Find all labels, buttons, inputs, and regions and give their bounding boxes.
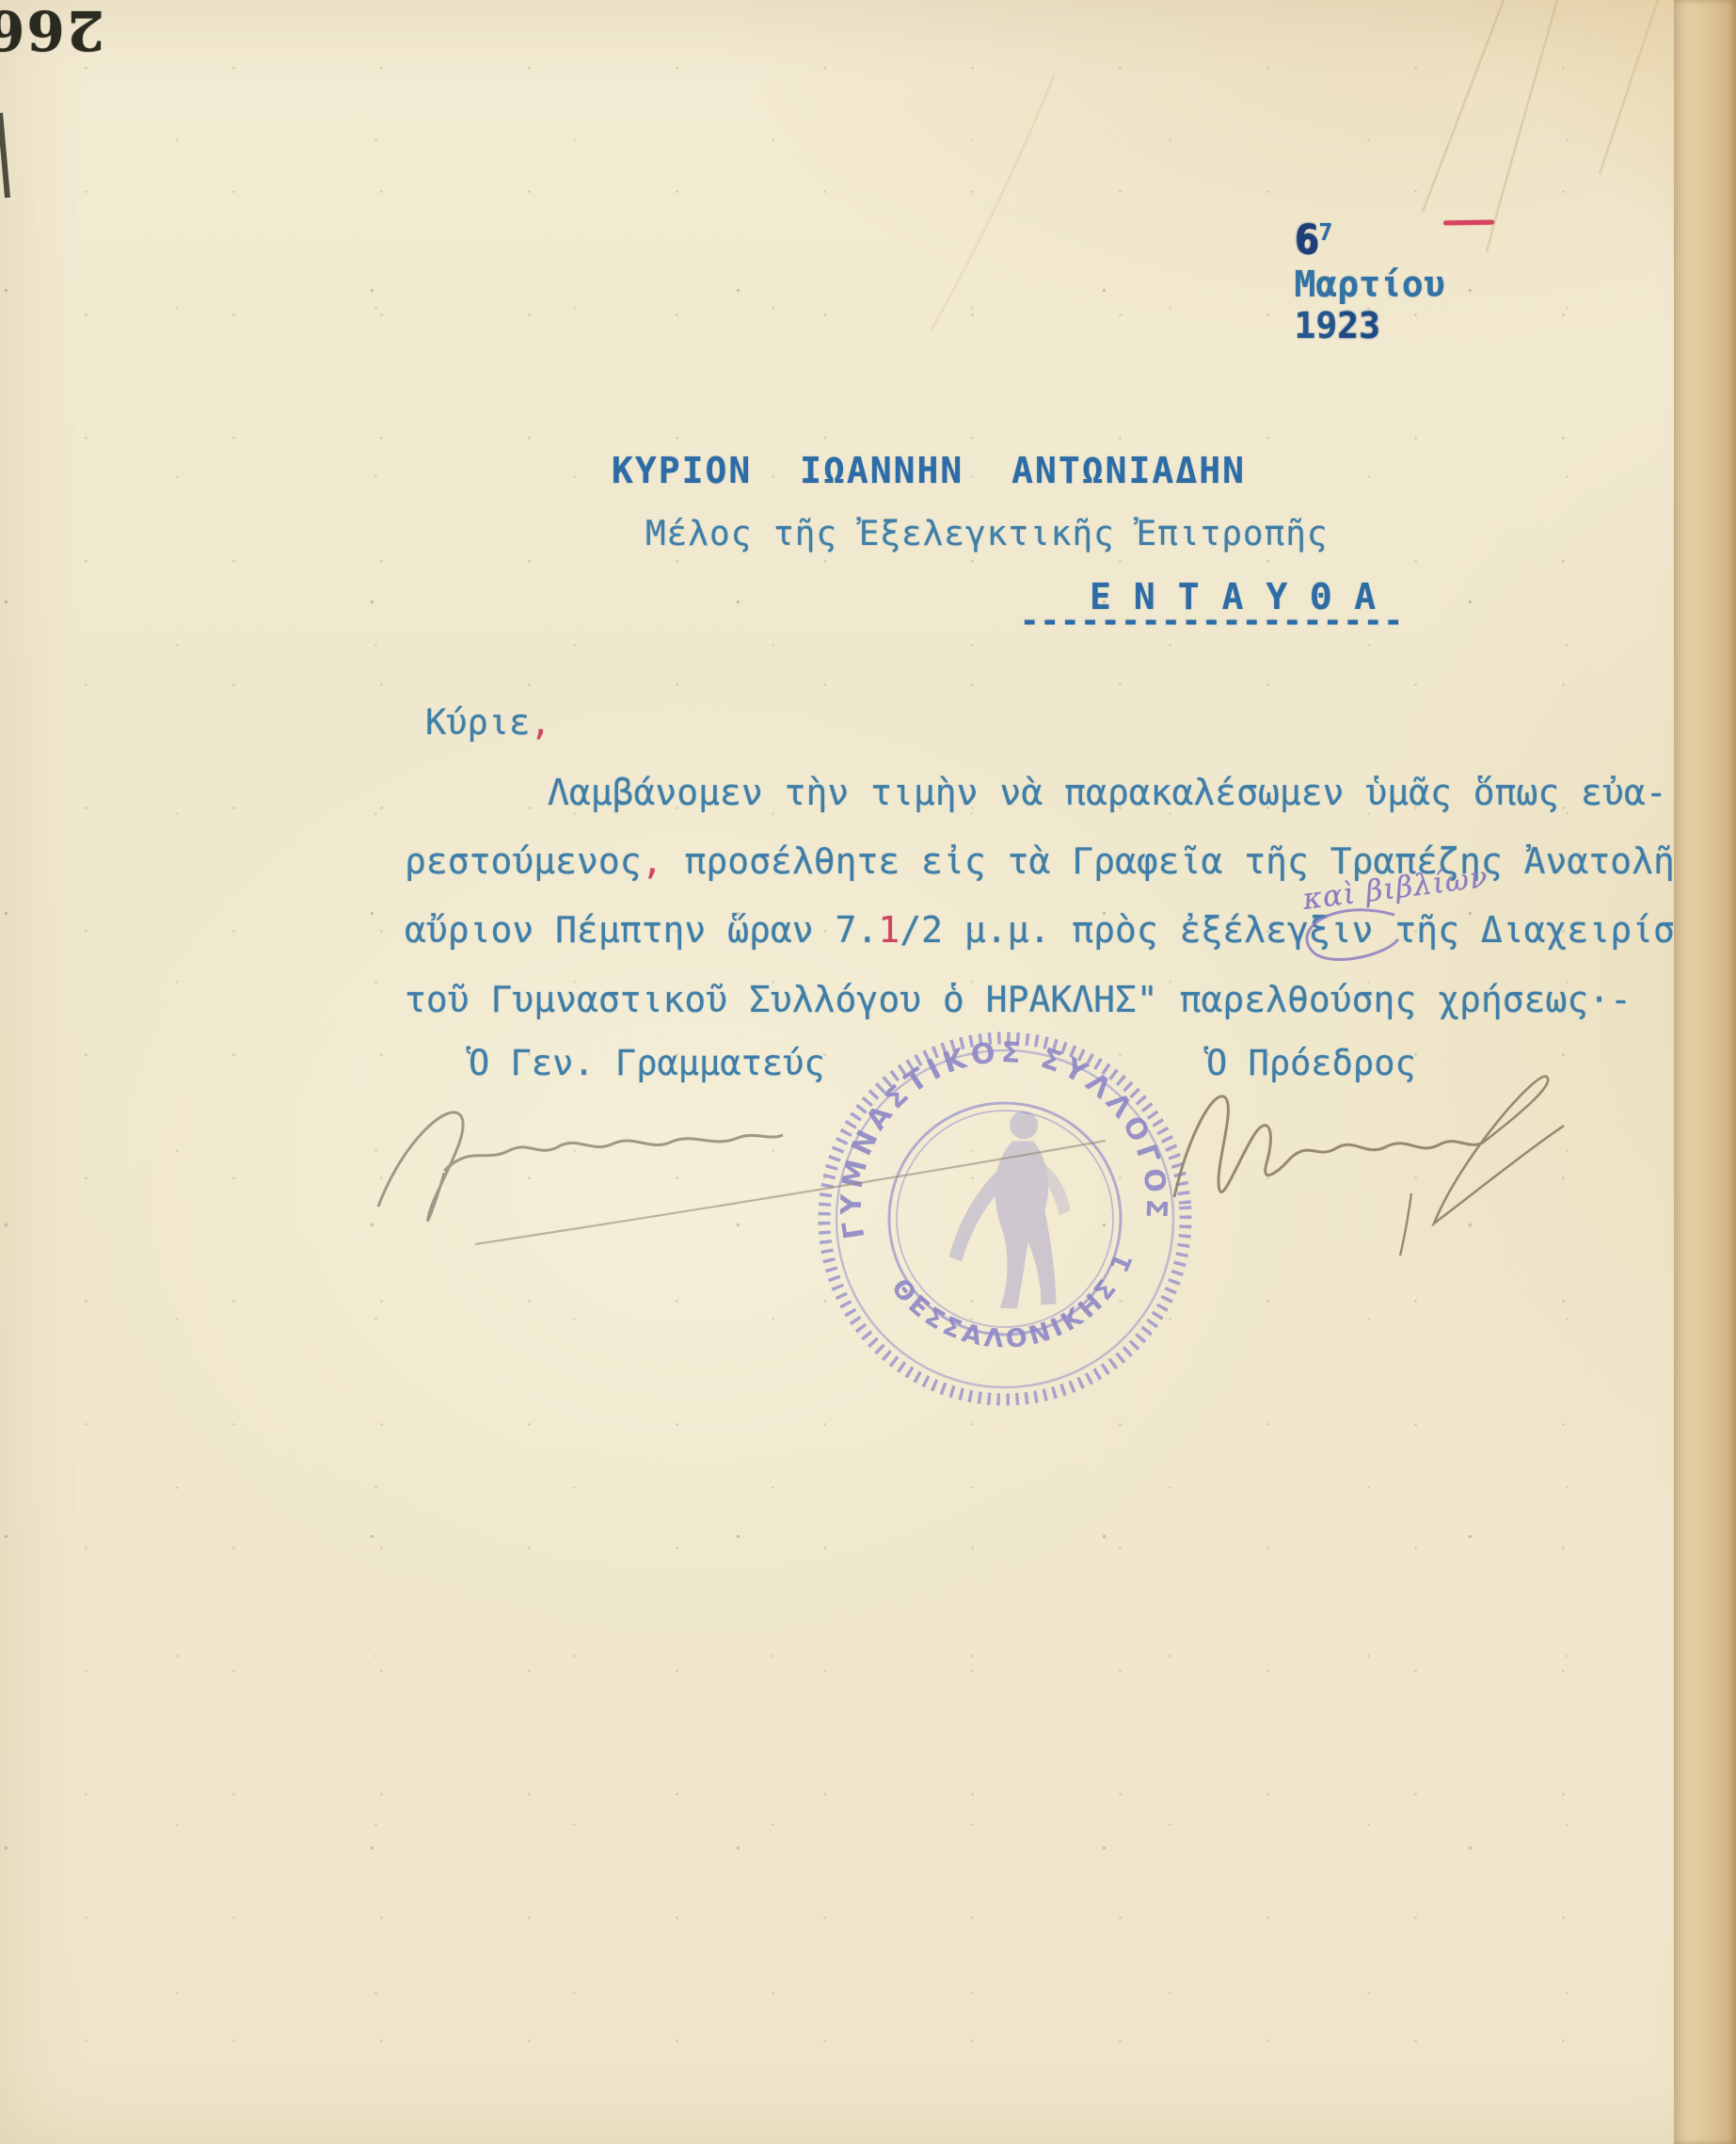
date-year-first: 19 [1295,305,1338,346]
president-signature [1174,1077,1564,1256]
scanned-letter-page: 266 67 Μαρτίου 1923 ΚΥΡΙΟΝ ΙΩΑΝΝΗΝ ΑΝΤΩΝ… [0,0,1736,2144]
president-title: Ὁ Πρόεδρος [1206,1043,1416,1083]
date-day-overstrike: 6 [1295,216,1319,264]
page-edge-fold [1674,0,1736,2144]
secretary-title: Ὁ Γεν. Γραμματεύς [469,1043,825,1083]
body-line-2: ρεστούμενος, προσέλθητε εἰς τὰ Γραφεῖα τ… [405,840,1696,882]
date-day-superscript: 7 [1318,218,1332,246]
date-month: Μαρτίου [1295,264,1445,305]
body-line-3-red-digit: 1 [878,909,900,951]
salutation-word: Κύριε [425,702,530,743]
body-line-1: Λαμβάνομεν τὴν τιμὴν νὰ παρακαλέσωμεν ὑμ… [548,772,1667,813]
stamp-ring-text-top: ΓΥΜΝΑΣΤΙΚΟΣ ΣΥΛΛΟΓΟΣ Ο ΗΡΑΚΛΗΣ [794,1008,1175,1250]
body-line-4: τοῦ Γυμναστικοῦ Συλλόγου ὁ ΗΡΑΚΛΗΣ" παρε… [405,979,1632,1020]
date-line: 67 Μαρτίου 1923 [1208,175,1445,388]
date-red-underline [1443,220,1494,226]
salutation-red-comma: , [530,702,550,743]
svg-text:ΓΥΜΝΑΣΤΙΚΟΣ ΣΥΛΛΟΓΟΣ Ο ΗΡΑΚΛΗΣ: ΓΥΜΝΑΣΤΙΚΟΣ ΣΥΛΛΟΓΟΣ Ο ΗΡΑΚΛΗΣ [794,1008,1175,1250]
body-line-2-red-comma: , [642,840,663,882]
typed-dashed-underline: ------------------- [1020,602,1404,640]
salutation: Κύριε, [425,702,551,743]
recipient-role-line: Μέλος τῆς Ἐξελεγκτικῆς Ἐπιτροπῆς [645,515,1329,553]
body-line-3-text: αὔριον Πέμπτην ὥραν 7. [405,909,878,951]
club-stamp: ΓΥΜΝΑΣΤΙΚΟΣ ΣΥΛΛΟΓΟΣ Ο ΗΡΑΚΛΗΣ ΘΕΣΣΑΛΟΝΙ… [794,1008,1216,1430]
body-line-3: αὔριον Πέμπτην ὥραν 7.1/2 μ.μ. πρὸς ἐξέλ… [405,909,1718,951]
body-line-2-text: ρεστούμενος [405,840,642,882]
recipient-name-line: ΚΥΡΙΟΝ ΙΩΑΝΝΗΝ ΑΝΤΩΝΙΑΔΗΝ [612,450,1246,491]
date-year-second: 23 [1337,305,1380,346]
archive-number: 266 [0,0,104,62]
body-line-2-text-cont: προσέλθητε εἰς τὰ Γραφεῖα τῆς Τραπέζης Ἀ… [663,840,1696,882]
hercules-figure [939,1108,1076,1313]
